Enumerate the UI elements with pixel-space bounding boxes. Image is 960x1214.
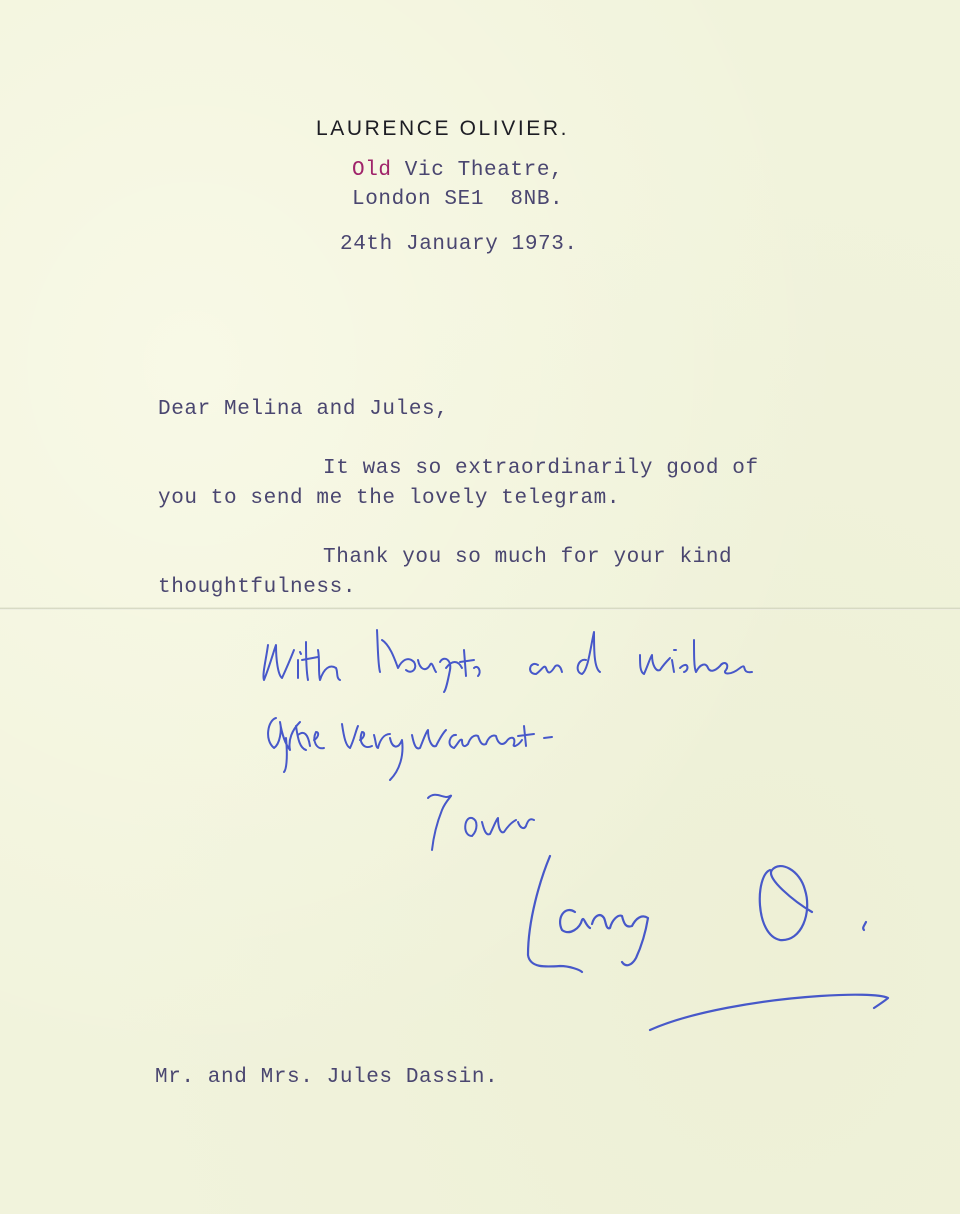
paragraph-2-line-1: Thank you so much for your kind xyxy=(323,547,732,568)
handwritten-line-1-strokes xyxy=(263,630,752,692)
handwritten-signature-strokes xyxy=(528,856,866,972)
letter-page: LAURENCE OLIVIER. Old Vic Theatre, Londo… xyxy=(0,0,960,1214)
handwritten-line-2-strokes xyxy=(268,718,552,780)
address-line-1: Old Vic Theatre, xyxy=(352,160,563,181)
address-highlight: Old xyxy=(352,159,392,182)
handwritten-closing-strokes xyxy=(428,795,534,850)
paragraph-1-line-2: you to send me the lovely telegram. xyxy=(158,488,620,509)
letter-date: 24th January 1973. xyxy=(340,234,578,255)
salutation: Dear Melina and Jules, xyxy=(158,399,448,420)
paragraph-2-line-2: thoughtfulness. xyxy=(158,577,356,598)
recipient-address: Mr. and Mrs. Jules Dassin. xyxy=(155,1067,498,1088)
paragraph-1-line-1: It was so extraordinarily good of xyxy=(323,458,759,479)
address-line-1-rest: Vic Theatre, xyxy=(392,159,564,182)
letterhead-name: LAURENCE OLIVIER. xyxy=(316,117,569,141)
paper-fold-crease xyxy=(0,607,960,610)
signature-underline xyxy=(650,995,888,1030)
address-line-2: London SE1 8NB. xyxy=(352,189,563,210)
